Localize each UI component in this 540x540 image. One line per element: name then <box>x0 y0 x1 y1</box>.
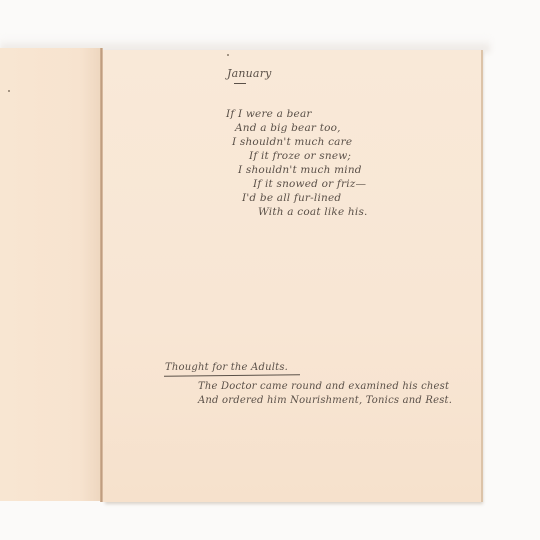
paper-speck <box>8 90 10 92</box>
note-heading: Thought for the Adults. <box>165 362 288 373</box>
note-line-1: The Doctor came round and examined his c… <box>198 381 449 392</box>
left-page <box>0 48 100 501</box>
poem-line-1: If I were a bear <box>226 108 312 120</box>
poem-line-3: I shouldn't much care <box>232 136 352 148</box>
note-heading-underline <box>164 374 300 376</box>
poem-title: January <box>227 67 272 80</box>
poem-line-2: And a big bear too, <box>235 122 341 134</box>
poem-line-6: If it snowed or friz— <box>253 178 366 190</box>
note-line-2: And ordered him Nourishment, Tonics and … <box>198 395 452 406</box>
poem-title-underline <box>234 83 246 84</box>
poem-line-7: I'd be all fur-lined <box>242 192 341 204</box>
poem-line-4: If it froze or snew; <box>249 150 351 162</box>
paper-speck <box>227 54 229 56</box>
poem-line-5: I shouldn't much mind <box>238 164 362 176</box>
poem-line-8: With a coat like his. <box>258 206 368 218</box>
right-page: January If I were a bear And a big bear … <box>103 50 481 502</box>
